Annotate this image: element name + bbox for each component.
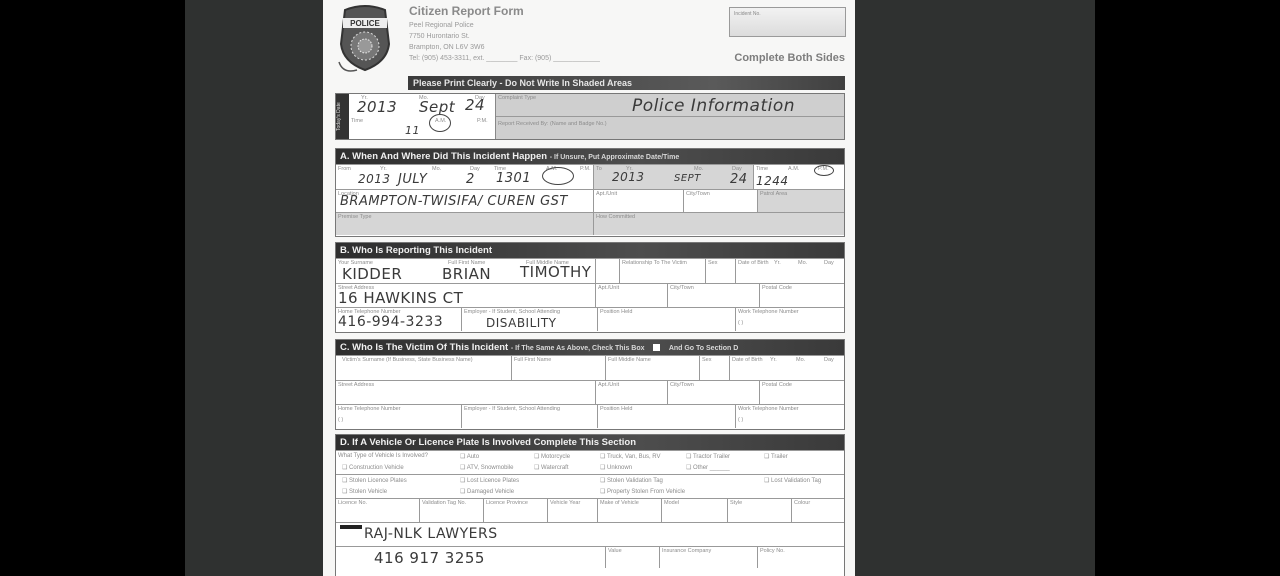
employer-field[interactable]: Employer - If Student, School Attending … bbox=[462, 308, 598, 331]
to-am-label: A.M. bbox=[788, 166, 799, 172]
time-label: Time bbox=[351, 118, 363, 124]
note-line-2: 416 917 3255 bbox=[374, 549, 485, 567]
policy-no-label: Policy No. bbox=[760, 548, 785, 554]
from-time-value: 1301 bbox=[496, 171, 531, 186]
street-address-value: 16 HAWKINS CT bbox=[338, 289, 463, 307]
same-as-above-checkbox[interactable] bbox=[653, 344, 660, 351]
pillarbox-right bbox=[1095, 0, 1280, 576]
vehicle-model-label: Model bbox=[664, 500, 679, 506]
option-trailer[interactable]: ❑ Trailer bbox=[764, 453, 788, 460]
section-c-phone-row: Home Telephone Number ( ) Employer - If … bbox=[336, 404, 844, 428]
option-stolen-vehicle[interactable]: ❑ Stolen Vehicle bbox=[342, 488, 387, 495]
relationship-field[interactable]: Relationship To The Victim bbox=[620, 259, 706, 283]
premise-type-label: Premise Type bbox=[338, 214, 372, 220]
section-b-address-row: Street Address 16 HAWKINS CT Apt./Unit C… bbox=[336, 283, 844, 307]
surname-value: KIDDER bbox=[342, 265, 402, 283]
how-committed-label: How Committed bbox=[596, 214, 635, 220]
city-town-field[interactable]: City/Town bbox=[684, 190, 758, 212]
option-motorcycle[interactable]: ❑ Motorcycle bbox=[534, 453, 570, 460]
handwritten-note-row: RAJ-NLK LAWYERS bbox=[336, 522, 844, 546]
validation-tag-label: Validation Tag No. bbox=[422, 500, 466, 506]
to-date-field[interactable]: To Yr. Mo. Day 2013 SEPT 24 bbox=[594, 165, 754, 189]
victim-street-label: Street Address bbox=[338, 382, 374, 388]
to-label: To bbox=[596, 166, 602, 172]
to-month-value: SEPT bbox=[674, 173, 701, 184]
victim-first-name-label: Full First Name bbox=[514, 357, 551, 363]
victim-dob-day-label: Day bbox=[824, 357, 834, 363]
vehicle-style-label: Style bbox=[730, 500, 742, 506]
pillarbox-left bbox=[0, 0, 185, 576]
employer-value: DISABILITY bbox=[486, 316, 556, 330]
licence-no-label: Licence No. bbox=[338, 500, 367, 506]
todays-date-fields[interactable]: Yr. Mo. Day Time A.M. P.M. 2013 Sept 24 … bbox=[349, 94, 496, 139]
option-other[interactable]: ❑ Other ______ bbox=[686, 464, 730, 471]
reporter-postal-field[interactable]: Postal Code bbox=[760, 284, 844, 307]
apt-unit-field[interactable]: Apt./Unit bbox=[594, 190, 684, 212]
section-c-subtitle-after: And Go To Section D bbox=[669, 345, 738, 352]
reporter-name-field[interactable]: Your Surname Full First Name Full Middle… bbox=[336, 259, 596, 283]
victim-city-field[interactable]: City/Town bbox=[668, 381, 760, 404]
victim-city-label: City/Town bbox=[670, 382, 694, 388]
premise-type-field: Premise Type bbox=[336, 213, 594, 235]
position-held-label: Position Held bbox=[600, 309, 632, 315]
victim-dob-yr-label: Yr. bbox=[770, 357, 777, 363]
office-use-area: Complaint Type Police Information Report… bbox=[496, 94, 844, 139]
street-address-field[interactable]: Street Address 16 HAWKINS CT bbox=[336, 284, 596, 307]
from-year-value: 2013 bbox=[358, 172, 391, 186]
patrol-area-label: Patrol Area bbox=[760, 191, 787, 197]
option-lost-licence-plates[interactable]: ❑ Lost Licence Plates bbox=[460, 477, 519, 484]
option-stolen-validation-tag[interactable]: ❑ Stolen Validation Tag bbox=[600, 477, 663, 484]
pm-label: P.M. bbox=[477, 118, 488, 124]
vehicle-details-row: Licence No. Validation Tag No. Licence P… bbox=[336, 498, 844, 522]
note-line-1: RAJ-NLK LAWYERS bbox=[364, 526, 498, 542]
complaint-type-label: Complaint Type bbox=[498, 95, 536, 101]
victim-dob-mo-label: Mo. bbox=[796, 357, 805, 363]
victim-apt-field[interactable]: Apt./Unit bbox=[596, 381, 668, 404]
victim-employer-label: Employer - If Student, School Attending bbox=[464, 406, 560, 412]
plate-status-options: ❑ Stolen Licence Plates ❑ Lost Licence P… bbox=[336, 474, 844, 498]
victim-dob-field[interactable]: Date of Birth Yr. Mo. Day bbox=[730, 356, 844, 380]
section-b-header: B. Who Is Reporting This Incident bbox=[336, 243, 844, 258]
print-clearly-banner: Please Print Clearly - Do Not Write In S… bbox=[408, 76, 845, 90]
first-name-value: BRIAN bbox=[442, 265, 491, 283]
victim-surname-label: Victim's Surname (If Business, State Bus… bbox=[342, 357, 473, 363]
section-a-date-row: From Yr. Mo. Day Time A.M. P.M. 2013 JUL… bbox=[336, 164, 844, 189]
complete-both-sides-note: Complete Both Sides bbox=[734, 52, 845, 64]
incident-number-field[interactable]: Incident No. bbox=[729, 7, 846, 37]
victim-employer-field[interactable]: Employer - If Student, School Attending bbox=[462, 405, 598, 428]
victim-home-phone-field[interactable]: Home Telephone Number ( ) bbox=[336, 405, 462, 428]
victim-work-phone-label: Work Telephone Number bbox=[738, 406, 799, 412]
complaint-type-value: Police Information bbox=[632, 96, 795, 116]
patrol-area-field: Patrol Area bbox=[758, 190, 844, 212]
position-held-field[interactable]: Position Held bbox=[598, 308, 736, 331]
section-a-when-where: A. When And Where Did This Incident Happ… bbox=[335, 148, 845, 237]
home-phone-value: 416-994-3233 bbox=[338, 314, 443, 330]
todays-date-tab: Today's Date bbox=[336, 94, 349, 139]
to-time-label: Time bbox=[756, 166, 768, 172]
option-property-stolen-from-vehicle[interactable]: ❑ Property Stolen From Vehicle bbox=[600, 488, 685, 495]
employer-label: Employer - If Student, School Attending bbox=[464, 309, 560, 315]
from-month-value: JULY bbox=[398, 172, 427, 187]
section-c-header: C. Who Is The Victim Of This Incident - … bbox=[336, 340, 844, 355]
section-c-address-row: Street Address Apt./Unit City/Town Posta… bbox=[336, 380, 844, 404]
victim-home-phone-placeholder: ( ) bbox=[338, 417, 343, 423]
to-day-value: 24 bbox=[730, 172, 748, 187]
from-am-circled-mark bbox=[542, 167, 574, 185]
dob-yr-label: Yr. bbox=[774, 260, 781, 266]
note-line-2-cell: 416 917 3255 bbox=[336, 547, 606, 568]
to-mo-label: Mo. bbox=[694, 166, 703, 172]
from-pm-label: P.M. bbox=[580, 166, 591, 172]
section-a-subtitle: - If Unsure, Put Approximate Date/Time bbox=[550, 154, 680, 161]
to-time-value: 1244 bbox=[756, 174, 789, 188]
victim-work-phone-placeholder: ( ) bbox=[738, 417, 743, 423]
svg-text:POLICE: POLICE bbox=[350, 19, 380, 28]
vehicle-type-label: What Type of Vehicle Is Involved? bbox=[338, 453, 428, 459]
report-received-label: Report Received By: (Name and Badge No.) bbox=[498, 121, 607, 127]
option-stolen-licence-plates[interactable]: ❑ Stolen Licence Plates bbox=[342, 477, 407, 484]
insurance-company-field[interactable]: Insurance Company bbox=[660, 547, 758, 568]
address-line-2: Brampton, ON L6V 3W6 bbox=[409, 44, 484, 51]
work-phone-field[interactable]: Work Telephone Number ( ) bbox=[736, 308, 844, 331]
address-line-1: 7750 Hurontario St. bbox=[409, 33, 470, 40]
victim-sex-field[interactable]: Sex bbox=[700, 356, 730, 380]
vehicle-year-field[interactable]: Vehicle Year bbox=[548, 499, 598, 522]
licence-no-field[interactable]: Licence No. bbox=[336, 499, 420, 522]
section-c-subtitle: - If The Same As Above, Check This Box bbox=[511, 345, 645, 352]
licence-province-field[interactable]: Licence Province bbox=[484, 499, 548, 522]
reporter-city-field[interactable]: City/Town bbox=[668, 284, 760, 307]
from-label: From bbox=[338, 166, 351, 172]
victim-surname-field[interactable]: Victim's Surname (If Business, State Bus… bbox=[336, 356, 512, 380]
value-field[interactable]: Value bbox=[606, 547, 660, 568]
victim-middle-name-field[interactable]: Full Middle Name bbox=[606, 356, 700, 380]
section-a-premise-row: Premise Type How Committed bbox=[336, 212, 844, 235]
section-d-vehicle: D. If A Vehicle Or Licence Plate Is Invo… bbox=[335, 434, 845, 576]
victim-position-field[interactable]: Position Held bbox=[598, 405, 736, 428]
apt-label: Apt./Unit bbox=[598, 285, 619, 291]
option-atv-snowmobile[interactable]: ❑ ATV, Snowmobile bbox=[460, 464, 513, 471]
spacer-cell bbox=[596, 259, 620, 283]
sex-field[interactable]: Sex bbox=[706, 259, 736, 283]
from-date-field[interactable]: From Yr. Mo. Day Time A.M. P.M. 2013 JUL… bbox=[336, 165, 594, 189]
relationship-label: Relationship To The Victim bbox=[622, 260, 687, 266]
victim-middle-name-label: Full Middle Name bbox=[608, 357, 651, 363]
vehicle-type-options: What Type of Vehicle Is Involved? ❑ Auto… bbox=[336, 450, 844, 474]
victim-sex-label: Sex bbox=[702, 357, 711, 363]
victim-postal-label: Postal Code bbox=[762, 382, 792, 388]
am-circled-mark bbox=[429, 114, 451, 132]
section-a-location-row: Location BRAMPTON-TWISIFA/ CUREN GST Apt… bbox=[336, 189, 844, 212]
victim-street-field[interactable]: Street Address bbox=[336, 381, 596, 404]
licence-province-label: Licence Province bbox=[486, 500, 528, 506]
middle-name-value: TIMOTHY bbox=[520, 263, 591, 281]
section-b-phone-row: Home Telephone Number 416-994-3233 Emplo… bbox=[336, 307, 844, 331]
to-time-field[interactable]: Time A.M. P.M. 1244 bbox=[754, 165, 844, 189]
vehicle-style-field[interactable]: Style bbox=[728, 499, 792, 522]
section-a-header: A. When And Where Did This Incident Happ… bbox=[336, 149, 844, 164]
validation-tag-field[interactable]: Validation Tag No. bbox=[420, 499, 484, 522]
vehicle-colour-label: Colour bbox=[794, 500, 810, 506]
option-truck-van-bus-rv[interactable]: ❑ Truck, Van, Bus, RV bbox=[600, 453, 661, 460]
city-town-label: City/Town bbox=[686, 191, 710, 197]
today-day-value: 24 bbox=[465, 96, 485, 114]
work-phone-placeholder: ( ) bbox=[738, 320, 743, 326]
city-label: City/Town bbox=[670, 285, 694, 291]
victim-work-phone-field[interactable]: Work Telephone Number ( ) bbox=[736, 405, 844, 428]
section-d-header: D. If A Vehicle Or Licence Plate Is Invo… bbox=[336, 435, 844, 450]
option-construction-vehicle[interactable]: ❑ Construction Vehicle bbox=[342, 464, 404, 471]
today-year-value: 2013 bbox=[357, 98, 397, 116]
location-field[interactable]: Location BRAMPTON-TWISIFA/ CUREN GST bbox=[336, 190, 594, 212]
victim-position-label: Position Held bbox=[600, 406, 632, 412]
insurance-row: 416 917 3255 Value Insurance Company Pol… bbox=[336, 546, 844, 568]
victim-apt-label: Apt./Unit bbox=[598, 382, 619, 388]
vehicle-model-field[interactable]: Model bbox=[662, 499, 728, 522]
to-year-value: 2013 bbox=[612, 170, 645, 184]
section-c-name-row: Victim's Surname (If Business, State Bus… bbox=[336, 355, 844, 380]
police-badge-icon: POLICE bbox=[337, 4, 393, 74]
victim-first-name-field[interactable]: Full First Name bbox=[512, 356, 606, 380]
form-title: Citizen Report Form bbox=[409, 4, 524, 18]
dob-day-label: Day bbox=[824, 260, 834, 266]
to-pm-circled-mark bbox=[814, 165, 834, 176]
apt-unit-label: Apt./Unit bbox=[596, 191, 617, 197]
phone-fax-line: Tel: (905) 453-3311, ext. ________ Fax: … bbox=[409, 55, 600, 62]
section-b-name-row: Your Surname Full First Name Full Middle… bbox=[336, 258, 844, 283]
postal-code-label: Postal Code bbox=[762, 285, 792, 291]
section-c-victim: C. Who Is The Victim Of This Incident - … bbox=[335, 339, 845, 430]
sex-label: Sex bbox=[708, 260, 717, 266]
today-time-value: 11 bbox=[405, 124, 420, 137]
dob-mo-label: Mo. bbox=[798, 260, 807, 266]
vehicle-make-label: Make of Vehicle bbox=[600, 500, 639, 506]
from-mo-label: Mo. bbox=[432, 166, 441, 172]
how-committed-field: How Committed bbox=[594, 213, 844, 235]
option-lost-validation-tag[interactable]: ❑ Lost Validation Tag bbox=[764, 477, 821, 484]
vehicle-year-label: Vehicle Year bbox=[550, 500, 580, 506]
organization-name: Peel Regional Police bbox=[409, 22, 474, 29]
dob-field[interactable]: Date of Birth Yr. Mo. Day bbox=[736, 259, 844, 283]
insurance-company-label: Insurance Company bbox=[662, 548, 711, 554]
from-day-value: 2 bbox=[466, 172, 475, 187]
dob-label: Date of Birth bbox=[738, 260, 769, 266]
redaction-mark bbox=[340, 525, 362, 529]
victim-postal-field[interactable]: Postal Code bbox=[760, 381, 844, 404]
value-label: Value bbox=[608, 548, 622, 554]
section-b-reporter: B. Who Is Reporting This Incident Your S… bbox=[335, 242, 845, 333]
victim-home-phone-label: Home Telephone Number bbox=[338, 406, 401, 412]
home-phone-field[interactable]: Home Telephone Number 416-994-3233 bbox=[336, 308, 462, 331]
policy-no-field[interactable]: Policy No. bbox=[758, 547, 844, 568]
vehicle-make-field[interactable]: Make of Vehicle bbox=[598, 499, 662, 522]
option-watercraft[interactable]: ❑ Watercraft bbox=[534, 464, 569, 471]
victim-dob-label: Date of Birth bbox=[732, 357, 763, 363]
section-c-title: C. Who Is The Victim Of This Incident bbox=[340, 342, 508, 353]
option-damaged-vehicle[interactable]: ❑ Damaged Vehicle bbox=[460, 488, 514, 495]
todays-date-block: Today's Date Yr. Mo. Day Time A.M. P.M. … bbox=[335, 93, 845, 140]
section-a-title: A. When And Where Did This Incident Happ… bbox=[340, 151, 547, 162]
location-value: BRAMPTON-TWISIFA/ CUREN GST bbox=[340, 194, 568, 209]
option-auto[interactable]: ❑ Auto bbox=[460, 453, 479, 460]
vehicle-colour-field[interactable]: Colour bbox=[792, 499, 844, 522]
work-phone-label: Work Telephone Number bbox=[738, 309, 799, 315]
option-tractor-trailer[interactable]: ❑ Tractor Trailer bbox=[686, 453, 730, 460]
option-unknown[interactable]: ❑ Unknown bbox=[600, 464, 632, 471]
incident-number-label: Incident No. bbox=[734, 11, 761, 17]
citizen-report-form-page: POLICE Citizen Report Form Peel Regional… bbox=[323, 0, 855, 576]
reporter-apt-field[interactable]: Apt./Unit bbox=[596, 284, 668, 307]
